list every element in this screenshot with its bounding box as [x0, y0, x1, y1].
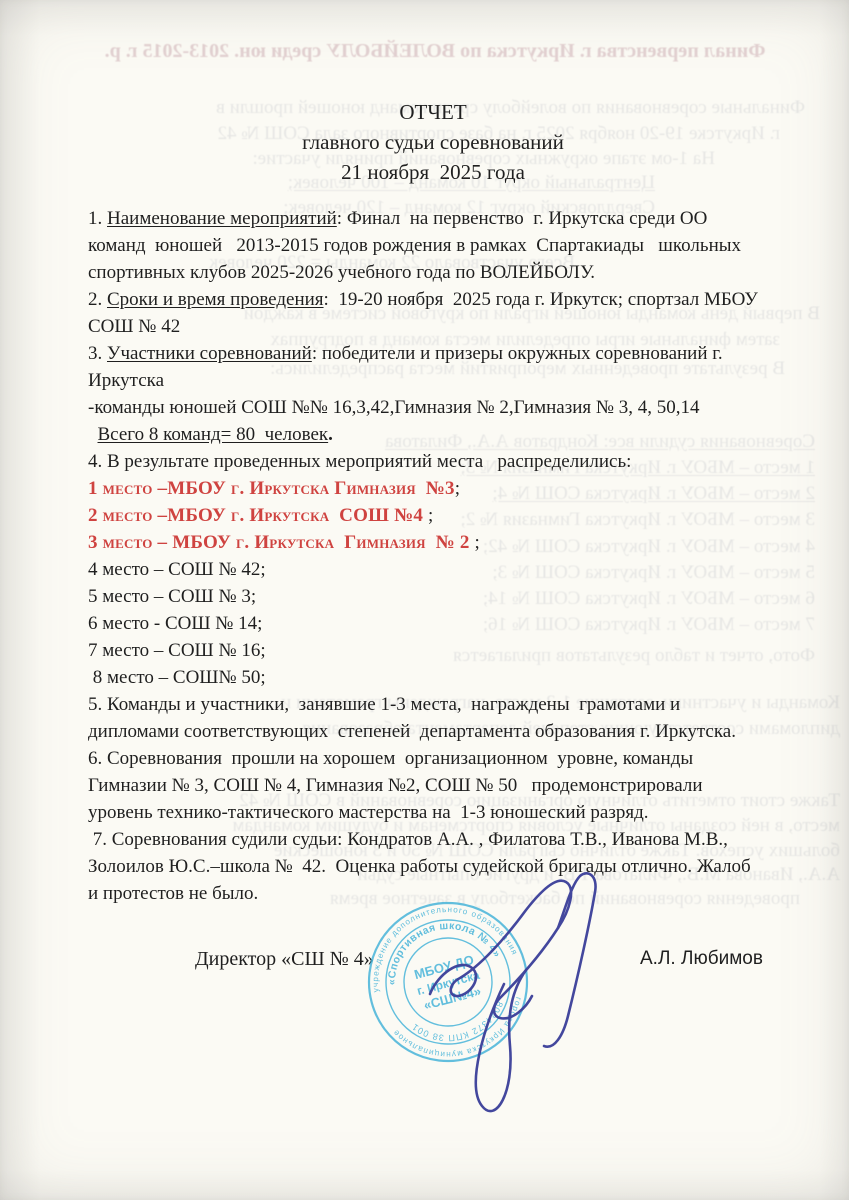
place-suffix: ; — [428, 505, 433, 526]
place-suffix: ; — [455, 478, 460, 499]
place-row-4: 4 место – СОШ № 42; — [88, 556, 800, 583]
place-text: 4 место – СОШ № 42; — [88, 559, 266, 580]
director-name: А.Л. Любимов — [640, 948, 763, 970]
place-row-3: 3 место – МБОУ г. Иркутска Гимназия № 2 … — [88, 529, 800, 556]
place-text: 2 место –МБОУ г. Иркутска СОШ №4 — [88, 505, 428, 526]
paragraph-1-label: Наименование мероприятий — [107, 208, 337, 229]
place-text: 7 место – СОШ № 16; — [88, 640, 266, 661]
place-row-5: 5 место – СОШ № 3; — [88, 583, 800, 610]
paragraph-4: 4. В результате проведенных мероприятий … — [88, 448, 800, 475]
report-title: ОТЧЕТ — [88, 97, 778, 127]
paragraph-3-label: Участники соревнований — [107, 343, 312, 364]
director-label: Директор «СШ № 4» — [195, 948, 374, 971]
total-line-text: Всего 8 команд= 80 человек — [98, 424, 329, 445]
place-text: 5 место – СОШ № 3; — [88, 586, 256, 607]
place-text: 8 место – СОШ№ 50; — [88, 667, 266, 688]
paragraph-6: 6. Соревнования прошли на хорошем органи… — [88, 745, 800, 826]
paragraph-5: 5. Команды и участники, занявшие 1-3 мес… — [88, 691, 800, 745]
paragraph-2-number: 2. — [88, 289, 107, 310]
bleedthrough-text: Финал первенства г. Иркутска по ВОЛЕЙБОЛ… — [55, 40, 815, 63]
paragraph-2-label: Сроки и время проведения — [107, 289, 324, 310]
place-row-6: 6 место - СОШ № 14; — [88, 610, 800, 637]
paragraph-3: 3. Участники соревнований: победители и … — [88, 340, 800, 394]
paragraph-2: 2. Сроки и время проведения: 19-20 ноябр… — [88, 286, 800, 340]
place-text: 1 место –МБОУ г. Иркутска Гимназия №3 — [88, 478, 455, 499]
place-row-1: 1 место –МБОУ г. Иркутска Гимназия №3; — [88, 475, 800, 502]
paragraph-3-number: 3. — [88, 343, 107, 364]
place-row-8: 8 место – СОШ№ 50; — [88, 664, 800, 691]
place-row-7: 7 место – СОШ № 16; — [88, 637, 800, 664]
report-date: 21 ноября 2025 года — [88, 157, 778, 187]
scanned-report-page: Финал первенства г. Иркутска по ВОЛЕЙБОЛ… — [0, 0, 849, 1200]
paragraph-1-number: 1. — [88, 208, 107, 229]
place-suffix: ; — [475, 532, 480, 553]
total-line: Всего 8 команд= 80 человек. — [88, 421, 800, 448]
report-subtitle: главного судьи соревнований — [88, 127, 778, 157]
total-line-period: . — [328, 424, 333, 445]
report-body: ОТЧЕТ главного судьи соревнований 21 ноя… — [88, 97, 800, 907]
place-row-2: 2 место –МБОУ г. Иркутска СОШ №4 ; — [88, 502, 800, 529]
place-text: 3 место – МБОУ г. Иркутска Гимназия № 2 — [88, 532, 475, 553]
place-text: 6 место - СОШ № 14; — [88, 613, 262, 634]
handwritten-signature — [408, 866, 613, 1116]
paragraph-1: 1. Наименование мероприятий: Финал на пе… — [88, 205, 800, 286]
places-list: 1 место –МБОУ г. Иркутска Гимназия №3; 2… — [88, 475, 800, 691]
teams-line: -команды юношей СОШ №№ 16,3,42,Гимназия … — [88, 394, 800, 421]
total-line-indent — [88, 424, 98, 445]
